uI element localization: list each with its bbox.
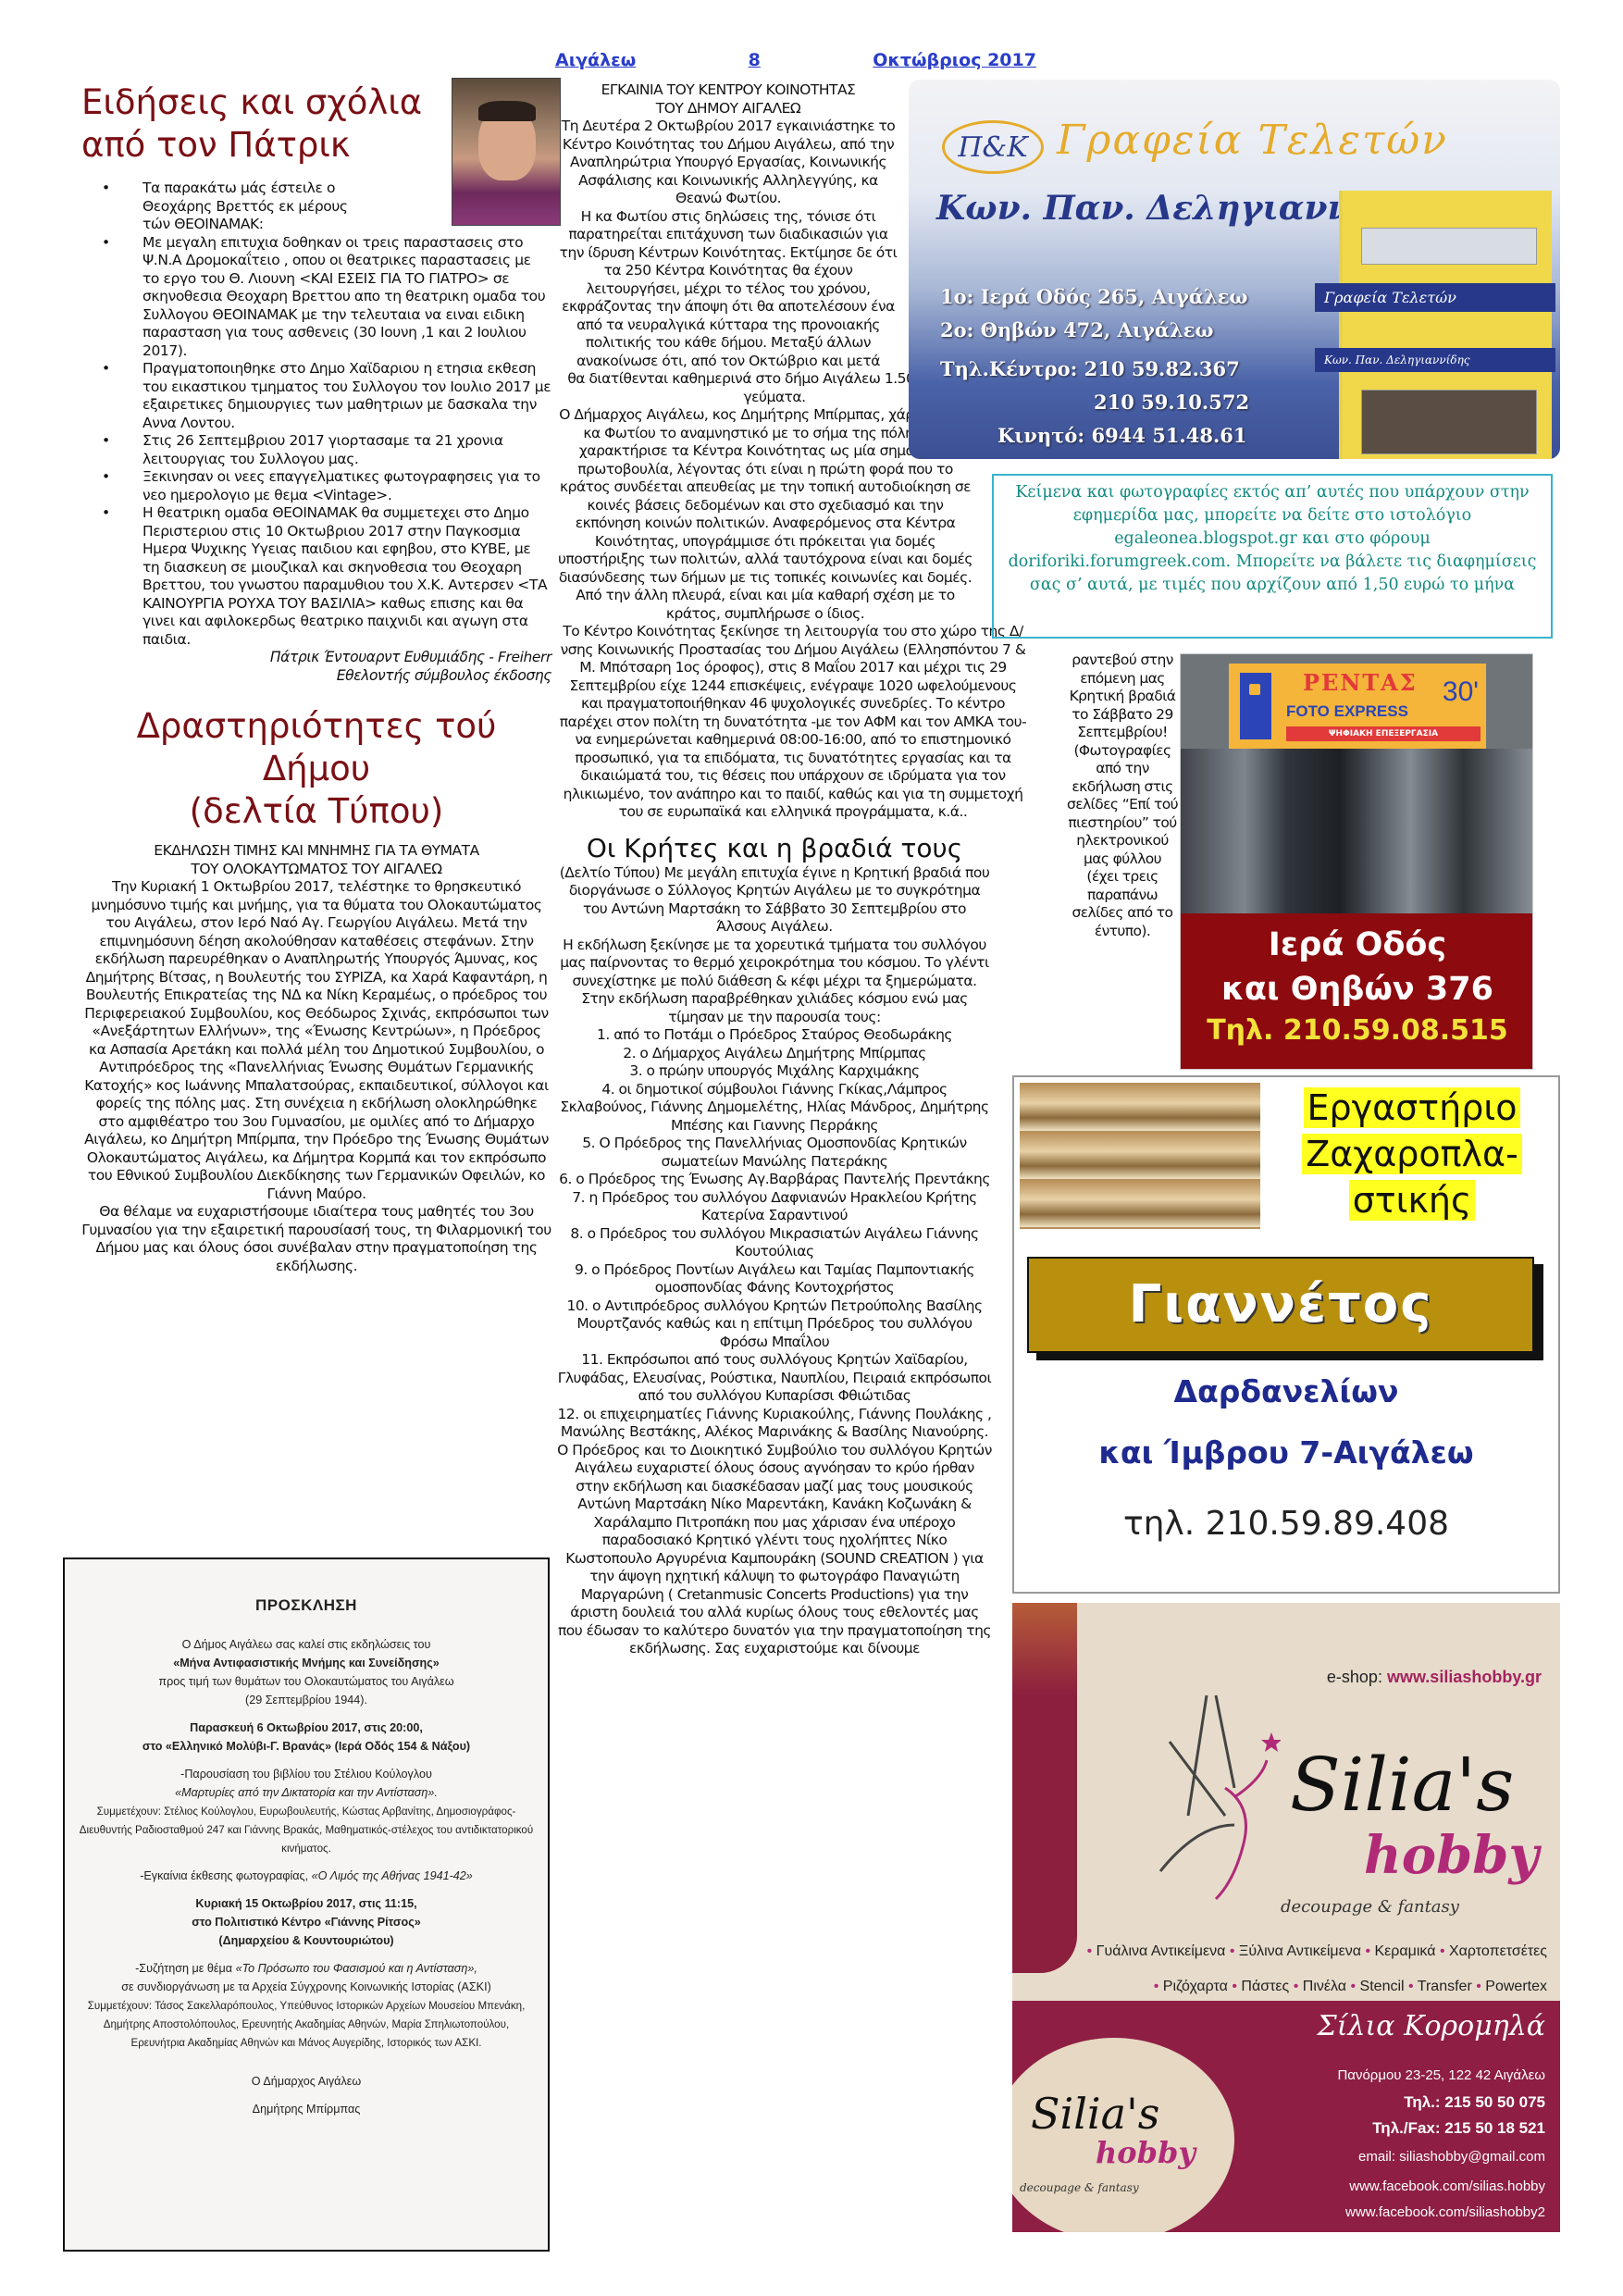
patrik-title: Ειδήσεις και σχόλια από τον Πάτρικ [81, 81, 433, 167]
hobby-logo-small-bottom: hobby [1096, 2135, 1196, 2170]
author-hair [478, 101, 536, 121]
hobby-facebook1[interactable]: www.facebook.com/silias.hobby [1349, 2178, 1545, 2194]
community-paragraph1: Τη Δευτέρα 2 Οκτωβρίου 2017 εγκαινιάστηκ… [557, 118, 899, 208]
funeral-address2: 2ο: Θηβών 472, Αιγάλεω [940, 318, 1214, 341]
invitation-intro: Ο Δήμος Αιγάλεω σας καλεί στις εκδηλώσει… [182, 1638, 431, 1651]
hobby-phone: Τηλ.: 215 50 50 075 [1404, 2093, 1545, 2112]
event1-exhibit-prefix: -Εγκαίνια έκθεσης φωτογραφίας, [140, 1869, 311, 1882]
cretans-title: Οι Κρήτες και η βραδιά τους [557, 833, 992, 864]
patrik-signature-name: Πάτρικ Έντουαρντ Ευθυμιάδης - Freiherr [81, 649, 551, 667]
product-item: Πινέλα [1303, 1979, 1346, 1994]
online-notice-box: Κείμενα και φωτογραφίες εκτός απ’ αυτές … [992, 474, 1553, 639]
building-window [1361, 228, 1537, 265]
guest-item: 6. ο Πρόεδρος της Ένωσης Αγ.Βαρβάρας Παν… [557, 1171, 992, 1189]
page-header: Αιγάλεω 8 Οκτώβριος 2017 [555, 50, 1036, 70]
guest-item: 2. ο Δήμαρχος Αιγάλεω Δημήτρης Μπίρμπας [557, 1045, 992, 1063]
invitation-signature-role: Ο Δήμαρχος Αιγάλεω [76, 2072, 537, 2091]
event2-date: Κυριακή 15 Οκτωβρίου 2017, στις 11:15, [195, 1897, 416, 1910]
photo-shop-storefront [1181, 749, 1533, 913]
hobby-facebook2[interactable]: www.facebook.com/siliashobby2 [1345, 2204, 1545, 2220]
bullet-item: Με μεγαλη επιτυχια δοθηκαν οι τρεις παρα… [81, 234, 551, 361]
invitation-event-name: «Μήνα Αντιφασιστικής Μνήμης και Συνείδησ… [173, 1657, 440, 1669]
pastry-address2: και Ίμβρου 7-Αιγάλεω [1014, 1434, 1558, 1471]
building-sign-owner: Κων. Παν. Δεληγιαννίδης [1315, 348, 1555, 372]
photo-shop-service: ΨΗΦΙΑΚΗ ΕΠΕΞΕΡΓΑΣΙΑ [1286, 726, 1481, 741]
header-town-link[interactable]: Αιγάλεω [555, 50, 636, 70]
event2-participants: Συμμετέχουν: Τάσος Σακελλαρόπουλος, Υπεύ… [88, 2000, 526, 2049]
hobby-products-line1: • Γυάλινα Αντικείμενα • Ξύλινα Αντικείμε… [1012, 1943, 1560, 1960]
ad-pastry-shop[interactable]: Εργαστήριο Ζαχαροπλα- στικής Γιαννέτος Δ… [1012, 1075, 1560, 1594]
header-page-number[interactable]: 8 [749, 50, 761, 70]
patrik-signature-role: Εθελοντής σύμβουλος έκδοσης [81, 667, 551, 686]
product-item: Transfer [1418, 1979, 1472, 1994]
header-date-link[interactable]: Οκτώβριος 2017 [873, 50, 1036, 70]
pastry-label-line3: στικής [1349, 1180, 1476, 1221]
product-item: Χαρτοπετσέτες [1449, 1943, 1547, 1959]
event1-description: -Παρουσίαση του βιβλίου του Στέλιου Κούλ… [180, 1768, 432, 1781]
community-center-section: ΕΓΚΑΙΝΙΑ ΤΟΥ ΚΕΝΤΡΟΥ ΚΟΙΝΟΤΗΤΑΣ ΤΟΥ ΔΗΜΟ… [557, 81, 899, 370]
hobby-fax: Τηλ./Fax: 215 50 18 521 [1372, 2119, 1545, 2138]
funeral-brand: Γραφεία Τελετών [1057, 117, 1448, 164]
event2-topic: «Το Πρόσωπο του Φασισμού και η Αντίσταση… [236, 1962, 477, 1975]
pastry-phone: τηλ. 210.59.89.408 [1014, 1505, 1558, 1543]
photo-shop-address-box: Ιερά Οδός και Θηβών 376 Τηλ. 210.59.08.5… [1181, 913, 1533, 1070]
event2-address: (Δημαρχείου & Κουντουριώτου) [218, 1934, 393, 1947]
event1-book: «Μαρτυρίες από την Δικτατορία και την Αν… [175, 1786, 438, 1799]
guest-item: 5. Ο Πρόεδρος της Πανελλήνιας Ομοσπονδία… [557, 1135, 992, 1171]
bullet-item: Ξεκινησαν οι νεες επαγγελματικες φωτογρα… [81, 468, 551, 504]
ad-photo-shop[interactable]: ΡΕΝΤΑΣ FOTO EXPRESS 30' ΨΗΦΙΑΚΗ ΕΠΕΞΕΡΓΑ… [1180, 653, 1533, 1070]
fairy-icon [1151, 1686, 1281, 1908]
pastry-label: Εργαστήριο Ζαχαροπλα- στικής [1273, 1085, 1551, 1223]
left-column: Ειδήσεις και σχόλια από τον Πάτρικ Τα πα… [81, 81, 551, 1275]
autumn-leaf-decoration [1012, 1603, 1077, 1973]
event1-date: Παρασκευή 6 Οκτωβρίου 2017, στις 20:00, [190, 1721, 423, 1734]
guest-item: 8. ο Πρόεδρος του συλλόγου Μικρασιατών Α… [557, 1225, 992, 1261]
event2-collab: σε συνδιοργάνωση με τα Αρχεία Σύγχρονης … [121, 1980, 491, 1993]
community-paragraph2: Η κα Φωτίου στις δηλώσεις της, τόνισε ότ… [557, 208, 899, 371]
municipality-paragraph2: Θα θέλαμε να ευχαριστήσουμε ιδιαίτερα το… [81, 1203, 551, 1275]
product-item: Ριζόχαρτα [1163, 1979, 1228, 1994]
invitation-box: ΠΡΟΣΚΛΗΣΗ Ο Δήμος Αιγάλεω σας καλεί στις… [63, 1558, 550, 2252]
event1-participants: Συμμετέχουν: Στέλιος Κούλογλου, Ευρωβουλ… [80, 1806, 533, 1855]
bullet-item: Τα παρακάτω μάς έστειλε ο Θεοχάρης Βρεττ… [81, 180, 359, 234]
ad-funeral-services[interactable]: Π&Κ Γραφεία Τελετών Κων. Παν. Δεληγιαννί… [909, 80, 1560, 459]
photo-shop-phone: Τηλ. 210.59.08.515 [1181, 1011, 1533, 1050]
bullet-item: Πραγματοποιηθηκε στο Δημο Χαϊδαριου η ετ… [81, 360, 551, 432]
product-item: Ξύλινα Αντικείμενα [1239, 1943, 1361, 1959]
funeral-address1: 1ο: Ιερά Οδός 265, Αιγάλεω [940, 285, 1248, 308]
patrik-section: Ειδήσεις και σχόλια από τον Πάτρικ Τα πα… [81, 81, 551, 685]
cretans-intro: (Δελτίο Τύπου) Με μεγάλη επιτυχία έγινε … [557, 864, 992, 937]
photo-shop-address1: Ιερά Οδός [1181, 913, 1533, 967]
patrik-bullet-list: Τα παρακάτω μάς έστειλε ο Θεοχάρης Βρεττ… [81, 180, 551, 649]
product-item: Γυάλινα Αντικείμενα [1096, 1943, 1226, 1959]
pastry-name-banner: Γιαννέτος [1027, 1257, 1534, 1353]
author-photo [452, 78, 561, 226]
product-item: Πάστες [1241, 1979, 1289, 1994]
guest-item: 10. ο Αντιπρόεδρος συλλόγου Κρητών Πετρο… [557, 1297, 992, 1352]
municipality-paragraph1: Την Κυριακή 1 Οκτωβρίου 2017, τελέστηκε … [81, 878, 551, 1203]
guest-item: 9. ο Πρόεδρος Ποντίων Αιγάλεω και Ταμίας… [557, 1261, 992, 1297]
building-sign-brand: Γραφεία Τελετών [1315, 283, 1555, 312]
ad-silias-hobby[interactable]: e-shop: www.siliashobby.gr Silia's hobby… [1012, 1603, 1560, 1973]
municipality-title-line1: Δραστηριότητες τού Δήμου [81, 705, 551, 790]
community-heading-line2: ΤΟΥ ΔΗΜΟΥ ΑΙΓΑΛΕΩ [557, 100, 899, 118]
photo-shop-name: ΡΕΝΤΑΣ [1303, 669, 1418, 696]
guest-item: 3. ο πρώην υπουργός Μιχάλης Καρχιμάκης [557, 1062, 992, 1081]
bullet-item: Στις 26 Σεπτεμβριου 2017 γιορτασαμε τα 2… [81, 432, 551, 468]
pastry-label-line1: Εργαστήριο [1304, 1087, 1521, 1128]
ad-silias-hobby-contact[interactable]: • Ριζόχαρτα • Πάστες • Πινέλα • Stencil … [1012, 1973, 1560, 2232]
event-heading-line2: ΤΟΥ ΟΛΟΚΑΥΤΩΜΑΤΟΣ ΤΟΥ ΑΙΓΑΛΕΩ [81, 861, 551, 879]
hobby-tagline-small: decoupage & fantasy [1020, 2181, 1139, 2194]
cretans-guest-list: 1. από το Ποτάμι ο Πρόεδρος Σταύρος Θεοδ… [557, 1026, 992, 1442]
building-storefront [1361, 390, 1537, 454]
guest-item: 4. οι δημοτικοί σύμβουλοι Γιάννης Γκίκας… [557, 1081, 992, 1136]
event1-exhibit: «Ο Λιμός της Αθήνας 1941-42» [312, 1869, 473, 1882]
hobby-eshop-url[interactable]: www.siliashobby.gr [1387, 1668, 1542, 1686]
cretans-continuation: ραντεβού στην επόμενη μας Κρητική βραδιά… [1066, 652, 1179, 940]
photo-shop-address2: και Θηβών 376 [1181, 967, 1533, 1011]
guest-item: 12. οι επιχειρηματίες Γιάννης Κυριακούλη… [557, 1406, 992, 1442]
photo-shop-time: 30' [1443, 676, 1479, 708]
event2-place: στο Πολιτιστικό Κέντρο «Γιάννης Ρίτσος» [192, 1916, 421, 1929]
hobby-owner: Σίλια Κορομηλά [1318, 2010, 1545, 2042]
hobby-eshop[interactable]: e-shop: www.siliashobby.gr [1327, 1668, 1542, 1687]
camera-tripod-icon [1240, 673, 1271, 739]
cretans-closing: Ο Πρόεδρος και το Διοικητικό Συμβούλιο τ… [557, 1442, 992, 1658]
photo-shop-sub: FOTO EXPRESS [1286, 702, 1408, 721]
community-paragraph4: Το Κέντρο Κοινότητας ξεκίνησε τη λειτουρ… [557, 623, 1029, 822]
cretans-paragraph: Η εκδήλωση ξεκίνησε με τα χορευτικά τμήμ… [557, 937, 992, 1027]
invitation-honor-date: (29 Σεπτεμβρίου 1944). [245, 1694, 367, 1706]
invitation-honor: προς τιμή των θυμάτων του Ολοκαυτώματος … [158, 1675, 453, 1688]
invitation-title: ΠΡΟΣΚΛΗΣΗ [76, 1596, 537, 1615]
event-heading-line1: ΕΚΔΗΛΩΣΗ ΤΙΜΗΣ ΚΑΙ ΜΝΗΜΗΣ ΓΙΑ ΤΑ ΘΥΜΑΤΑ [81, 842, 551, 861]
hobby-products-line2: • Ριζόχαρτα • Πάστες • Πινέλα • Stencil … [1012, 1973, 1560, 2001]
event2-desc-prefix: -Συζήτηση με θέμα [135, 1962, 235, 1975]
municipality-title-line2: (δελτία Τύπου) [81, 790, 551, 833]
funeral-phone: Τηλ.Κέντρο: 210 59.82.367 [940, 357, 1240, 380]
hobby-email[interactable]: email: siliashobby@gmail.com [1358, 2149, 1545, 2165]
funeral-building-photo: Γραφεία Τελετών Κων. Παν. Δεληγιαννίδης [1339, 191, 1552, 459]
guest-item: 11. Εκπρόσωποι από τους συλλόγους Κρητών… [557, 1351, 992, 1406]
funeral-mobile: Κινητό: 6944 51.48.61 [997, 424, 1247, 447]
bullet-item: Η θεατρικη ομαδα ΘΕΟΙΝΑΜΑΚ θα συμμετεχει… [81, 504, 551, 649]
funeral-logo: Π&Κ [942, 120, 1044, 174]
guest-item: 7. η Πρόεδρος του συλλόγου Δαφνιανών Ηρα… [557, 1189, 992, 1225]
invitation-signature-name: Δημήτρης Μπίρμπας [76, 2100, 537, 2118]
hobby-tagline: decoupage & fantasy [1281, 1897, 1459, 1917]
community-heading-line1: ΕΓΚΑΙΝΙΑ ΤΟΥ ΚΕΝΤΡΟΥ ΚΟΙΝΟΤΗΤΑΣ [557, 81, 899, 100]
hobby-logo-small-top: Silia's [1031, 2089, 1159, 2139]
product-item: Κεραμικά [1375, 1943, 1436, 1959]
product-item: Stencil [1360, 1979, 1405, 1994]
event1-place: στο «Ελληνικό Μολύβι-Γ. Βρανάς» (Ιερά Οδ… [142, 1740, 470, 1753]
photo-shop-sign: ΡΕΝΤΑΣ FOTO EXPRESS 30' ΨΗΦΙΑΚΗ ΕΠΕΞΕΡΓΑ… [1229, 664, 1486, 749]
hobby-logo-top: Silia's [1290, 1742, 1514, 1828]
funeral-phone2: 210 59.10.572 [1094, 391, 1249, 414]
pastry-address1: Δαρδανελίων [1014, 1373, 1558, 1409]
hobby-address: Πανόρμου 23-25, 122 42 Αιγάλεω [1337, 2067, 1545, 2083]
guest-item: 1. από το Ποτάμι ο Πρόεδρος Σταύρος Θεοδ… [557, 1026, 992, 1045]
hobby-logo-bottom: hobby [1364, 1825, 1539, 1886]
product-item: Powertex [1485, 1979, 1547, 1994]
municipality-section: Δραστηριότητες τού Δήμου (δελτία Τύπου) … [81, 705, 551, 1275]
pastry-label-line2: Ζαχαροπλα- [1302, 1134, 1522, 1174]
hobby-eshop-label: e-shop: [1327, 1668, 1382, 1686]
pastry-display-photo [1020, 1083, 1260, 1229]
